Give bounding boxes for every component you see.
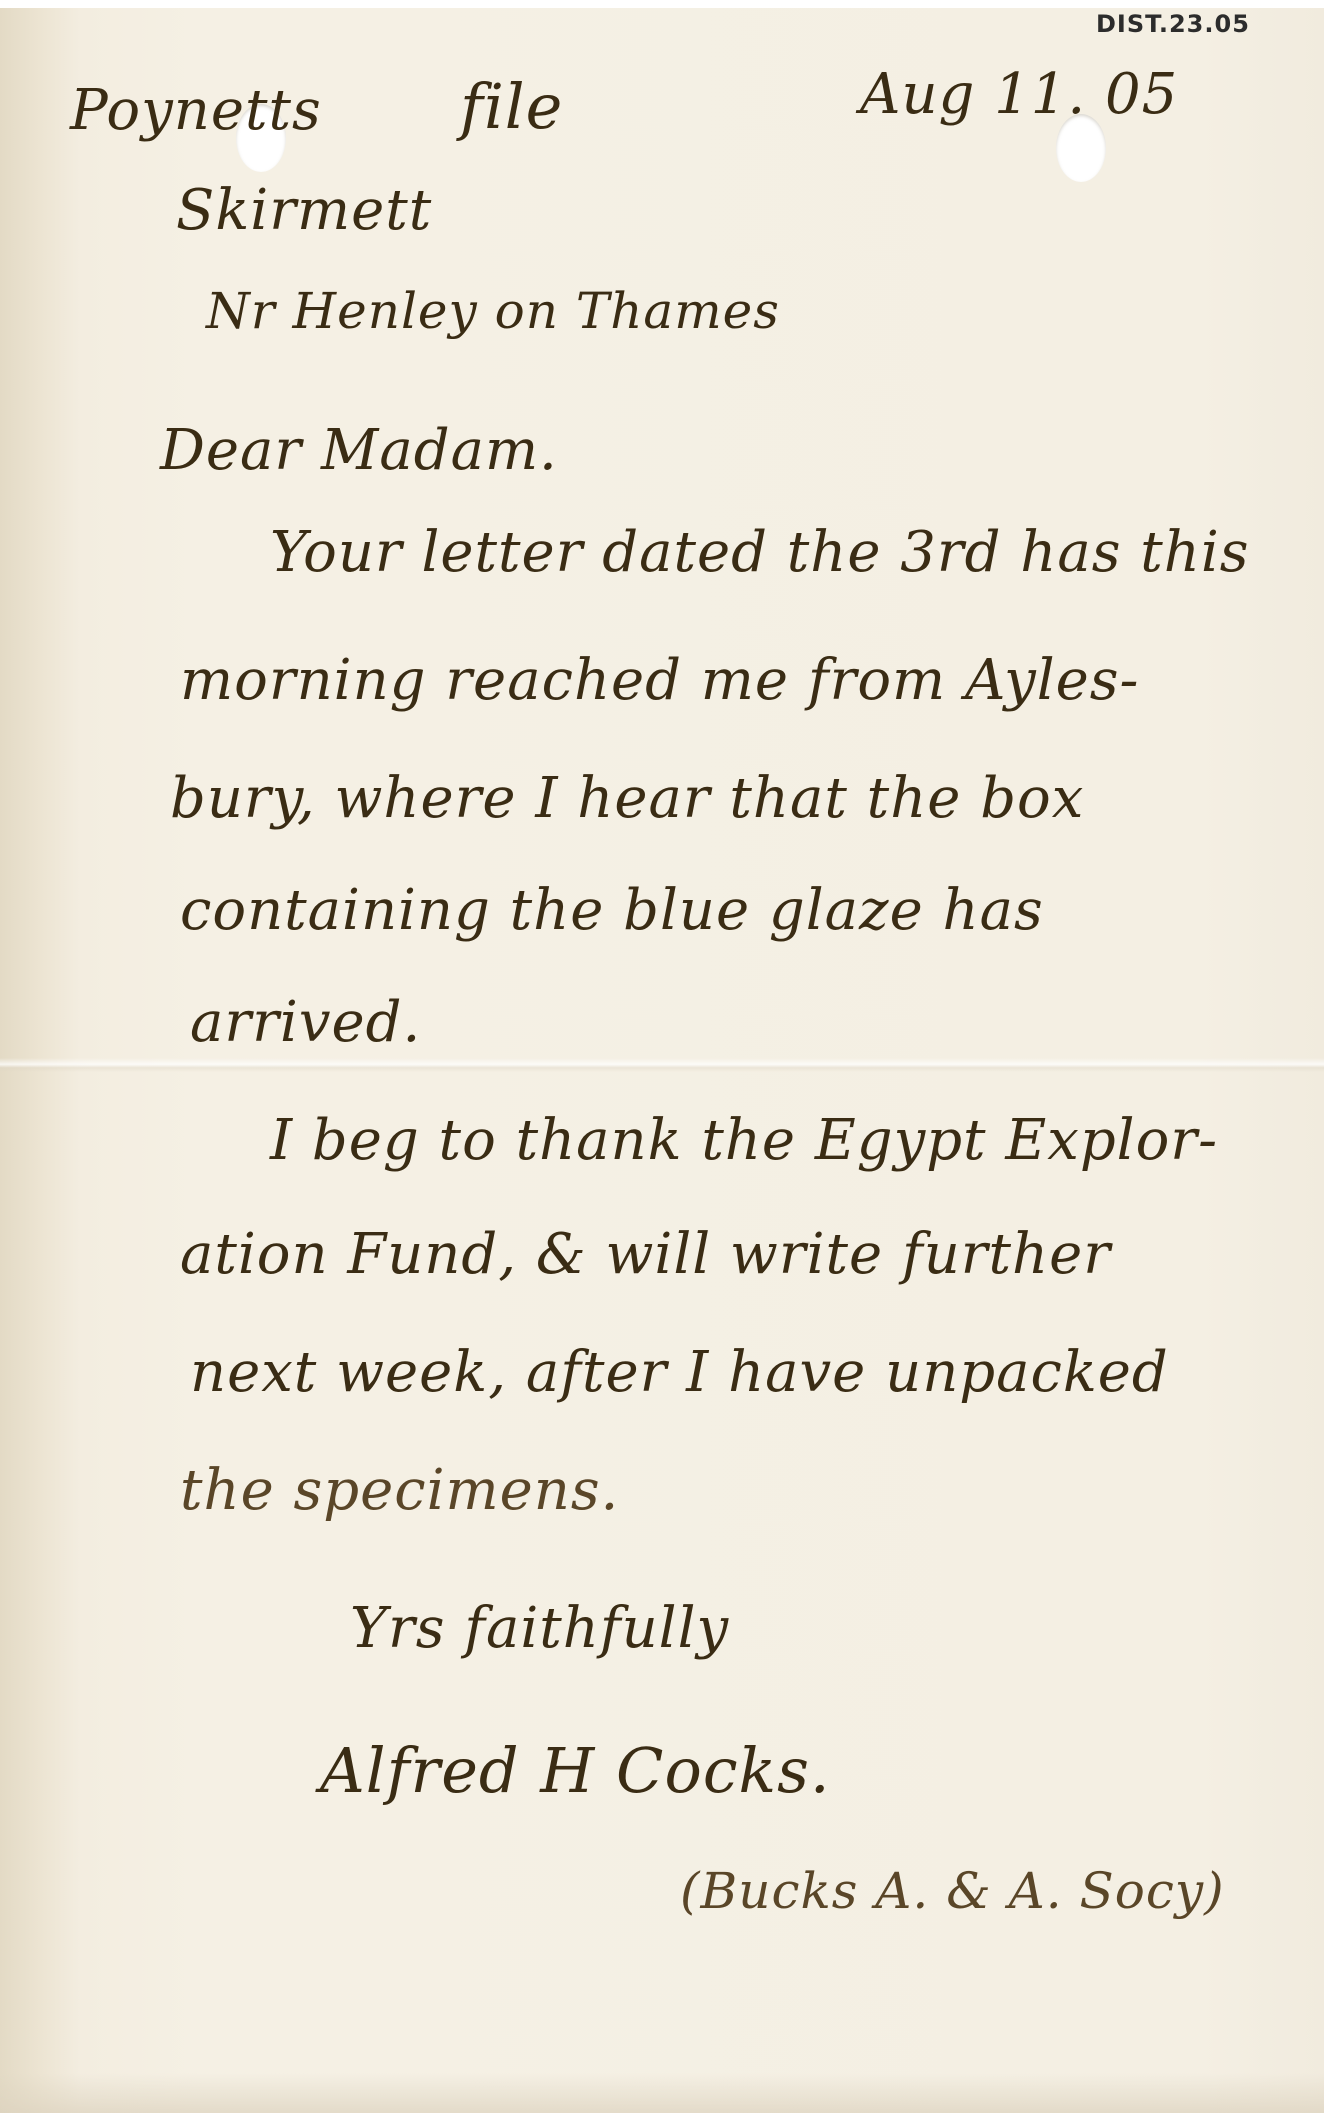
file-annotation: file [460, 70, 563, 143]
body-line-3: bury, where I hear that the box [170, 766, 1084, 831]
body-line-4: containing the blue glaze has [180, 878, 1044, 943]
body-line-1: Your letter dated the 3rd has this [270, 520, 1250, 585]
place-line-2: Skirmett [176, 178, 432, 243]
body-line-5: arrived. [190, 990, 421, 1055]
body-line-2: morning reached me from Ayles- [180, 648, 1139, 713]
letter-date: Aug 11. 05 [860, 62, 1178, 127]
place-line-3: Nr Henley on Thames [206, 282, 780, 340]
paper-fold-crease [0, 1058, 1324, 1072]
archive-stamp: DIST.23.05 [1096, 10, 1250, 38]
body-line-9: the specimens. [180, 1458, 619, 1523]
place-line-1: Poynetts [70, 78, 322, 143]
body-line-8: next week, after I have unpacked [190, 1340, 1169, 1405]
salutation: Dear Madam. [160, 418, 558, 483]
closing: Yrs faithfully [350, 1596, 729, 1661]
body-line-7: ation Fund, & will write further [180, 1222, 1111, 1287]
paper-bottom-shadow [0, 2073, 1324, 2113]
signature: Alfred H Cocks. [320, 1734, 831, 1807]
affiliation: (Bucks A. & A. Socy) [680, 1862, 1225, 1920]
body-line-6: I beg to thank the Egypt Explor- [270, 1108, 1218, 1173]
